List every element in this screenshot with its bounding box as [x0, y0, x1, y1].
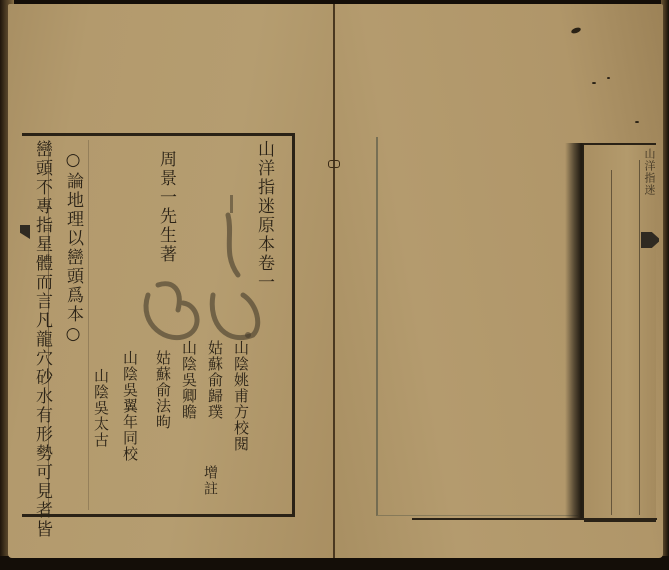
- credit-line: 山陰吳太古: [93, 368, 108, 448]
- credit-annotation: 增註: [203, 465, 217, 497]
- credit-line: 姑蘇俞法昫: [155, 350, 170, 430]
- leaf-column-rule: [639, 160, 640, 515]
- body-text-column: 巒頭不專指星體而言凡龍穴砂水有形勢可見者皆: [33, 140, 50, 539]
- binding-stitch: [328, 160, 340, 168]
- bleed-through-frame: [376, 137, 578, 516]
- section-heading: ○論地理以巒頭爲本○: [64, 150, 81, 346]
- leaf-title: 山洋指迷: [641, 148, 657, 196]
- credit-line: 姑蘇俞歸璞: [207, 340, 222, 420]
- heading-text: 論地理以巒頭爲本: [63, 172, 83, 324]
- book-spread: 山洋指迷原本卷一 周景一先生著 山陰姚甫方校閱 姑蘇俞歸璞 山陰吳卿瞻 增註 姑…: [0, 0, 669, 570]
- book-gutter: [333, 4, 335, 558]
- credit-line: 山陰姚甫方校閱: [233, 340, 248, 452]
- ink-speck: [607, 77, 610, 79]
- leaf-column-rule: [611, 170, 612, 515]
- credit-line: 山陰吳卿瞻: [181, 340, 196, 420]
- credit-line: 山陰吳翼年同校: [122, 350, 137, 462]
- ink-speck: [592, 82, 596, 84]
- ink-speck: [635, 121, 639, 123]
- ink-smudge-edge: [565, 143, 585, 518]
- folded-leaf: [584, 143, 656, 522]
- circle-marker-icon: ○: [63, 324, 83, 346]
- circle-marker-icon: ○: [63, 150, 83, 172]
- bottom-shadow: [0, 556, 669, 570]
- illustration-figure: [128, 185, 268, 355]
- bottom-border-rule: [412, 518, 657, 520]
- column-rule: [88, 140, 89, 510]
